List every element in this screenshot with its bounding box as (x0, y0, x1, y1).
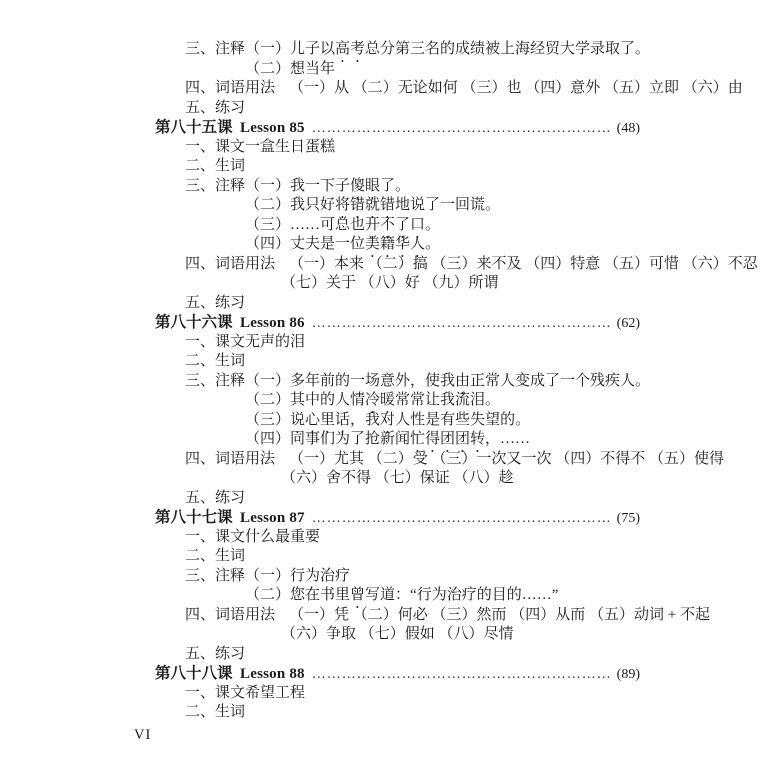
entry-label: 四、词语用法 (185, 450, 289, 470)
toc-continuation-line: （三）说心里话，我对人性是有些失望的。 (0, 411, 776, 431)
lesson-title-en: Lesson 86 (240, 314, 305, 334)
text-segment: 正常人变成了一个残疾人。 (470, 373, 650, 389)
entry-content: （二）您在书里曾写道：“行为治疗的目的……” (245, 587, 558, 603)
entry-label: 二、生词 (185, 157, 245, 177)
emphasized-text: 由 (455, 373, 470, 389)
text-segment: 常常让我流泪。 (395, 392, 500, 408)
lesson-title-en: Lesson 85 (240, 119, 305, 139)
entry-content: （三）说心里话，我对人性是有些失望的。 (245, 412, 530, 428)
toc-continuation-line: （四）丈夫是一位美籍华人。 (0, 235, 776, 255)
toc-continuation-line: （二）其中的人情冷暖常常让我流泪。 (0, 391, 776, 411)
entry-content: （一）尤其 （二）受 （三）一次又一次 （四）不得不 （五）使得 (289, 451, 724, 467)
text-segment: 希望工程 (245, 685, 305, 701)
emphasized-text: 将错就错 (335, 197, 395, 213)
toc-lesson-heading: 第八十五课Lesson 85……………………………………………………………………… (0, 118, 776, 138)
text-segment: 一盒生日蛋糕 (245, 139, 335, 155)
text-segment: （三）……可总也 (245, 217, 365, 233)
text-segment: （一）凭 （二）何必 （三）然而 （四）从而 （五）动词 + 不起 (289, 607, 710, 623)
entry-content: （一）我一下子傻眼了。 (245, 178, 410, 194)
toc-entry-line: 三、注释（一）我一下子傻眼了。 (0, 177, 776, 197)
entry-content: （三）……可总也开不了口。 (245, 217, 440, 233)
toc-page: 三、注释（一）儿子以高考总分第三名的成绩被上海经贸大学录取了。（二）想当年四、词… (0, 0, 776, 776)
entry-label: 一、课文 (185, 333, 245, 353)
page-ref: (48) (617, 119, 640, 139)
text-segment: （一）从 （二）无论如何 （三）也 （四）意外 （五）立即 （六）由 (289, 80, 743, 96)
toc-entry-line: 三、注释（一）儿子以高考总分第三名的成绩被上海经贸大学录取了。 (0, 40, 776, 60)
text-segment: 写道：“行为治疗的目的……” (365, 587, 558, 603)
toc-entry-line: 二、生词 (0, 547, 776, 567)
toc-continuation-line: （三）……可总也开不了口。 (0, 216, 776, 236)
entry-content: （二）我只好将错就错地说了一回谎。 (245, 197, 500, 213)
text-segment: 总分第三名的成绩被上海经贸大学录取了。 (365, 41, 650, 57)
emphasized-text: 冷暖 (365, 392, 395, 408)
folio-line: VI (0, 726, 776, 746)
toc-continuation-line: （六）舍不得 （七）保证 （八）趁 (0, 469, 776, 489)
toc-entry-line: 一、课文无声的泪 (0, 333, 776, 353)
toc-entry-line: 二、生词 (0, 157, 776, 177)
text-segment: （七）关于 （八）好 （九）所谓 (281, 275, 499, 291)
entry-label: 二、生词 (185, 547, 245, 567)
text-segment: （二）想当年 (245, 61, 335, 77)
entry-label: 四、词语用法 (185, 79, 289, 99)
text-segment: （二）我只好 (245, 197, 335, 213)
emphasized-text: 对 (380, 412, 395, 428)
text-segment: （四）丈夫是一位 (245, 236, 365, 252)
entry-label: 五、练习 (185, 294, 245, 314)
entry-label: 五、练习 (185, 645, 245, 665)
folio-page-number: VI (134, 727, 151, 743)
text-segment: 了。 (380, 178, 410, 194)
emphasized-text: 曾 (350, 587, 365, 603)
toc-lesson-heading: 第八十六课Lesson 86……………………………………………………………………… (0, 313, 776, 333)
text-segment: ，…… (485, 431, 530, 447)
toc-lesson-heading: 第八十七课Lesson 87……………………………………………………………………… (0, 508, 776, 528)
dotted-leader: ………………………………………………………………………………………………………… (312, 665, 612, 685)
entry-label: 二、生词 (185, 352, 245, 372)
entry-content: （一）儿子以高考总分第三名的成绩被上海经贸大学录取了。 (245, 41, 650, 57)
toc-continuation-line: （二）您在书里曾写道：“行为治疗的目的……” (0, 586, 776, 606)
emphasized-text: 开不了口 (365, 217, 425, 233)
text-segment: （一）儿子以 (245, 41, 335, 57)
dotted-leader: ………………………………………………………………………………………………………… (312, 314, 612, 334)
emphasized-text: 说心里话 (290, 412, 350, 428)
toc-lines: 三、注释（一）儿子以高考总分第三名的成绩被上海经贸大学录取了。（二）想当年四、词… (0, 40, 776, 745)
toc-entry-line: 四、词语用法（一）本来 （二）搞 （三）来不及 （四）特意 （五）可惜 （六）不… (0, 255, 776, 275)
toc-entry-line: 五、练习 (0, 294, 776, 314)
dotted-leader: ………………………………………………………………………………………………………… (312, 119, 612, 139)
toc-entry-line: 四、词语用法（一）凭 （二）何必 （三）然而 （四）从而 （五）动词 + 不起 (0, 606, 776, 626)
toc-entry-line: 四、词语用法（一）从 （二）无论如何 （三）也 （四）意外 （五）立即 （六）由 (0, 79, 776, 99)
toc-entry-line: 五、练习 (0, 489, 776, 509)
emphasized-text: 高考 (335, 41, 365, 57)
lesson-title-en: Lesson 88 (240, 665, 305, 685)
text-segment: 人性是有些失望的。 (395, 412, 530, 428)
entry-label: 四、词语用法 (185, 255, 289, 275)
entry-content: （一）多年前的一场意外，使我由正常人变成了一个残疾人。 (245, 373, 650, 389)
text-segment: 。 (425, 217, 440, 233)
toc-continuation-line: （七）关于 （八）好 （九）所谓 (0, 274, 776, 294)
entry-content: （七）关于 （八）好 （九）所谓 (281, 275, 499, 291)
entry-label: 三、注释 (185, 567, 245, 587)
toc-entry-line: 一、课文希望工程 (0, 684, 776, 704)
text-segment: 地说了一回谎。 (395, 197, 500, 213)
toc-entry-line: 三、注释（一）行为治疗 (0, 567, 776, 587)
toc-continuation-line: （二）想当年 (0, 60, 776, 80)
entry-label: 五、练习 (185, 99, 245, 119)
entry-content: （一）行为治疗 (245, 568, 350, 584)
emphasized-text: 傻眼 (350, 178, 380, 194)
entry-label: 一、课文 (185, 684, 245, 704)
entry-label: 四、词语用法 (185, 606, 289, 626)
page-ref: (75) (617, 509, 640, 529)
entry-content: （四）同事们为了抢新闻忙得团团转，…… (245, 431, 530, 447)
toc-entry-line: 一、课文一盒生日蛋糕 (0, 138, 776, 158)
toc-entry-line: 五、练习 (0, 645, 776, 665)
lesson-title-en: Lesson 87 (240, 509, 305, 529)
entry-label: 三、注释 (185, 372, 245, 392)
entry-label: 一、课文 (185, 528, 245, 548)
entry-content: 什么最重要 (245, 529, 320, 545)
entry-content: （六）舍不得 （七）保证 （八）趁 (281, 470, 514, 486)
text-segment: （一）本来 （二）搞 （三）来不及 （四）特意 （五）可惜 （六）不忍 (289, 256, 758, 272)
entry-label: 五、练习 (185, 489, 245, 509)
entry-label: 三、注释 (185, 40, 245, 60)
text-segment: 无声的泪 (245, 334, 305, 350)
lesson-title-zh: 第八十六课 (155, 313, 240, 333)
toc-continuation-line: （二）我只好将错就错地说了一回谎。 (0, 196, 776, 216)
text-segment: 。 (425, 236, 440, 252)
entry-content: （一）从 （二）无论如何 （三）也 （四）意外 （五）立即 （六）由 (289, 80, 743, 96)
page-ref: (89) (617, 665, 640, 685)
toc-lesson-heading: 第八十八课Lesson 88……………………………………………………………………… (0, 664, 776, 684)
text-segment: （一）行为治疗 (245, 568, 350, 584)
lesson-title-zh: 第八十七课 (155, 508, 240, 528)
entry-content: 一盒生日蛋糕 (245, 139, 335, 155)
toc-entry-line: 五、练习 (0, 99, 776, 119)
toc-entry-line: 二、生词 (0, 703, 776, 723)
text-segment: （二）其中的人情 (245, 392, 365, 408)
text-segment: （六）舍不得 （七）保证 （八）趁 (281, 470, 514, 486)
entry-content: （一）凭 （二）何必 （三）然而 （四）从而 （五）动词 + 不起 (289, 607, 710, 623)
page-ref: (62) (617, 314, 640, 334)
toc-entry-line: 三、注释（一）多年前的一场意外，使我由正常人变成了一个残疾人。 (0, 372, 776, 392)
text-segment: （一）尤其 （二）受 （三）一次又一次 （四）不得不 （五）使得 (289, 451, 724, 467)
emphasized-text: 忙得团团转 (410, 431, 485, 447)
text-segment: （一）我一下子 (245, 178, 350, 194)
entry-content: （二）想当年 (245, 61, 335, 77)
text-segment: （六）争取 （七）假如 （八）尽情 (281, 626, 514, 642)
entry-label: 三、注释 (185, 177, 245, 197)
toc-entry-line: 四、词语用法（一）尤其 （二）受 （三）一次又一次 （四）不得不 （五）使得 (0, 450, 776, 470)
entry-content: （六）争取 （七）假如 （八）尽情 (281, 626, 514, 642)
text-segment: 什么最重要 (245, 529, 320, 545)
entry-content: （二）其中的人情冷暖常常让我流泪。 (245, 392, 500, 408)
entry-content: 希望工程 (245, 685, 305, 701)
toc-entry-line: 一、课文什么最重要 (0, 528, 776, 548)
toc-continuation-line: （四）同事们为了抢新闻忙得团团转，…… (0, 430, 776, 450)
dotted-leader: ………………………………………………………………………………………………………… (312, 509, 612, 529)
entry-content: （四）丈夫是一位美籍华人。 (245, 236, 440, 252)
toc-entry-line: 二、生词 (0, 352, 776, 372)
text-segment: ，我 (350, 412, 380, 428)
text-segment: （三） (245, 412, 290, 428)
emphasized-text: 美籍华人 (365, 236, 425, 252)
text-segment: （一）多年前的一场意外，使我 (245, 373, 455, 389)
entry-label: 一、课文 (185, 138, 245, 158)
entry-label: 二、生词 (185, 703, 245, 723)
entry-content: 无声的泪 (245, 334, 305, 350)
toc-continuation-line: （六）争取 （七）假如 （八）尽情 (0, 625, 776, 645)
lesson-title-zh: 第八十五课 (155, 118, 240, 138)
text-segment: （二）您在书里 (245, 587, 350, 603)
entry-content: （一）本来 （二）搞 （三）来不及 （四）特意 （五）可惜 （六）不忍 (289, 256, 758, 272)
lesson-title-zh: 第八十八课 (155, 664, 240, 684)
text-segment: （四）同事们为了抢新闻 (245, 431, 410, 447)
